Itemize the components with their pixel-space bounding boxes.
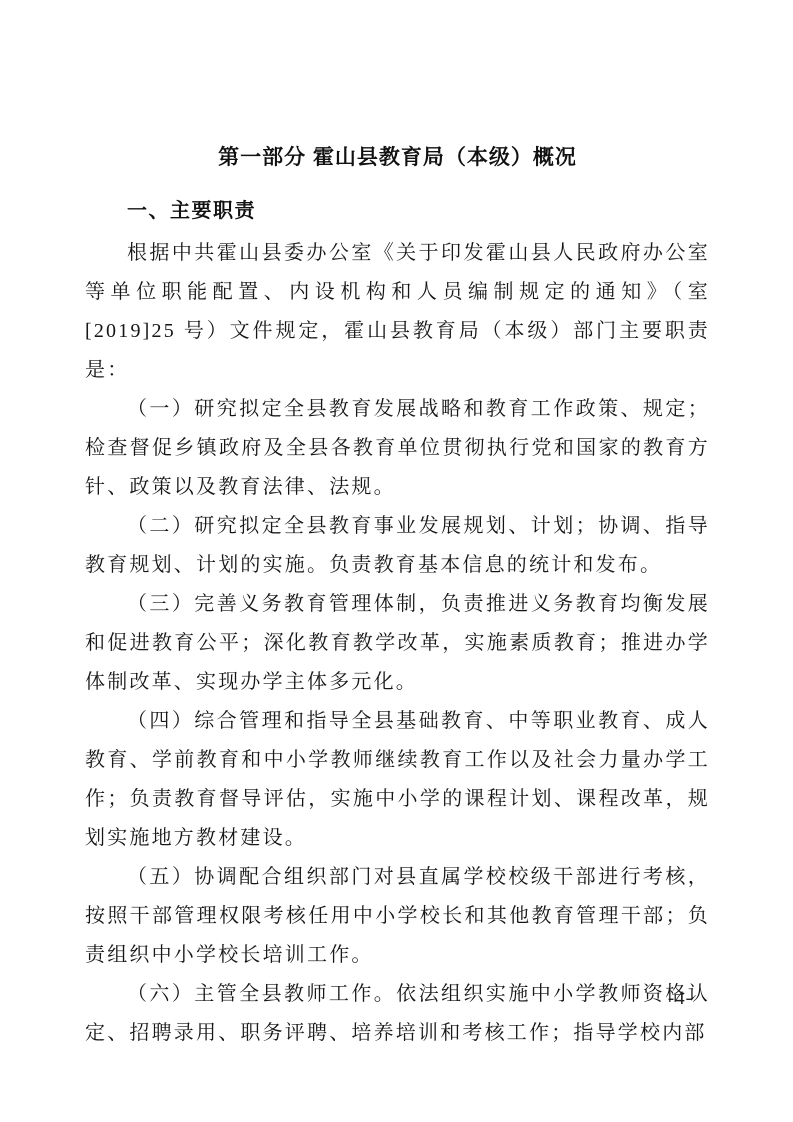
document-content: 第一部分 霍山县教育局（本级）概况 一、主要职责 根据中共霍山县委办公室《关于印… [0,0,793,1053]
document-page: 第一部分 霍山县教育局（本级）概况 一、主要职责 根据中共霍山县委办公室《关于印… [0,0,793,1122]
page-number: -4- [668,988,693,1010]
document-body: 根据中共霍山县委办公室《关于印发霍山县人民政府办公室等单位职能配置、内设机构和人… [85,234,710,1053]
paragraph-duty-3: （三）完善义务教育管理体制，负责推进义务教育均衡发展和促进教育公平；深化教育教学… [85,585,710,702]
section-heading: 一、主要职责 [85,197,710,225]
paragraph-duty-5: （五）协调配合组织部门对县直属学校校级干部进行考核，按照干部管理权限考核任用中小… [85,858,710,975]
document-title: 第一部分 霍山县教育局（本级）概况 [85,0,710,171]
paragraph-duty-2: （二）研究拟定全县教育事业发展规划、计划；协调、指导教育规划、计划的实施。负责教… [85,507,710,585]
paragraph-duty-1: （一）研究拟定全县教育发展战略和教育工作政策、规定；检查督促乡镇政府及全县各教育… [85,390,710,507]
paragraph-duty-4: （四）综合管理和指导全县基础教育、中等职业教育、成人教育、学前教育和中小学教师继… [85,702,710,858]
paragraph-intro: 根据中共霍山县委办公室《关于印发霍山县人民政府办公室等单位职能配置、内设机构和人… [85,234,710,390]
paragraph-duty-6: （六）主管全县教师工作。依法组织实施中小学教师资格认定、招聘录用、职务评聘、培养… [85,975,710,1053]
